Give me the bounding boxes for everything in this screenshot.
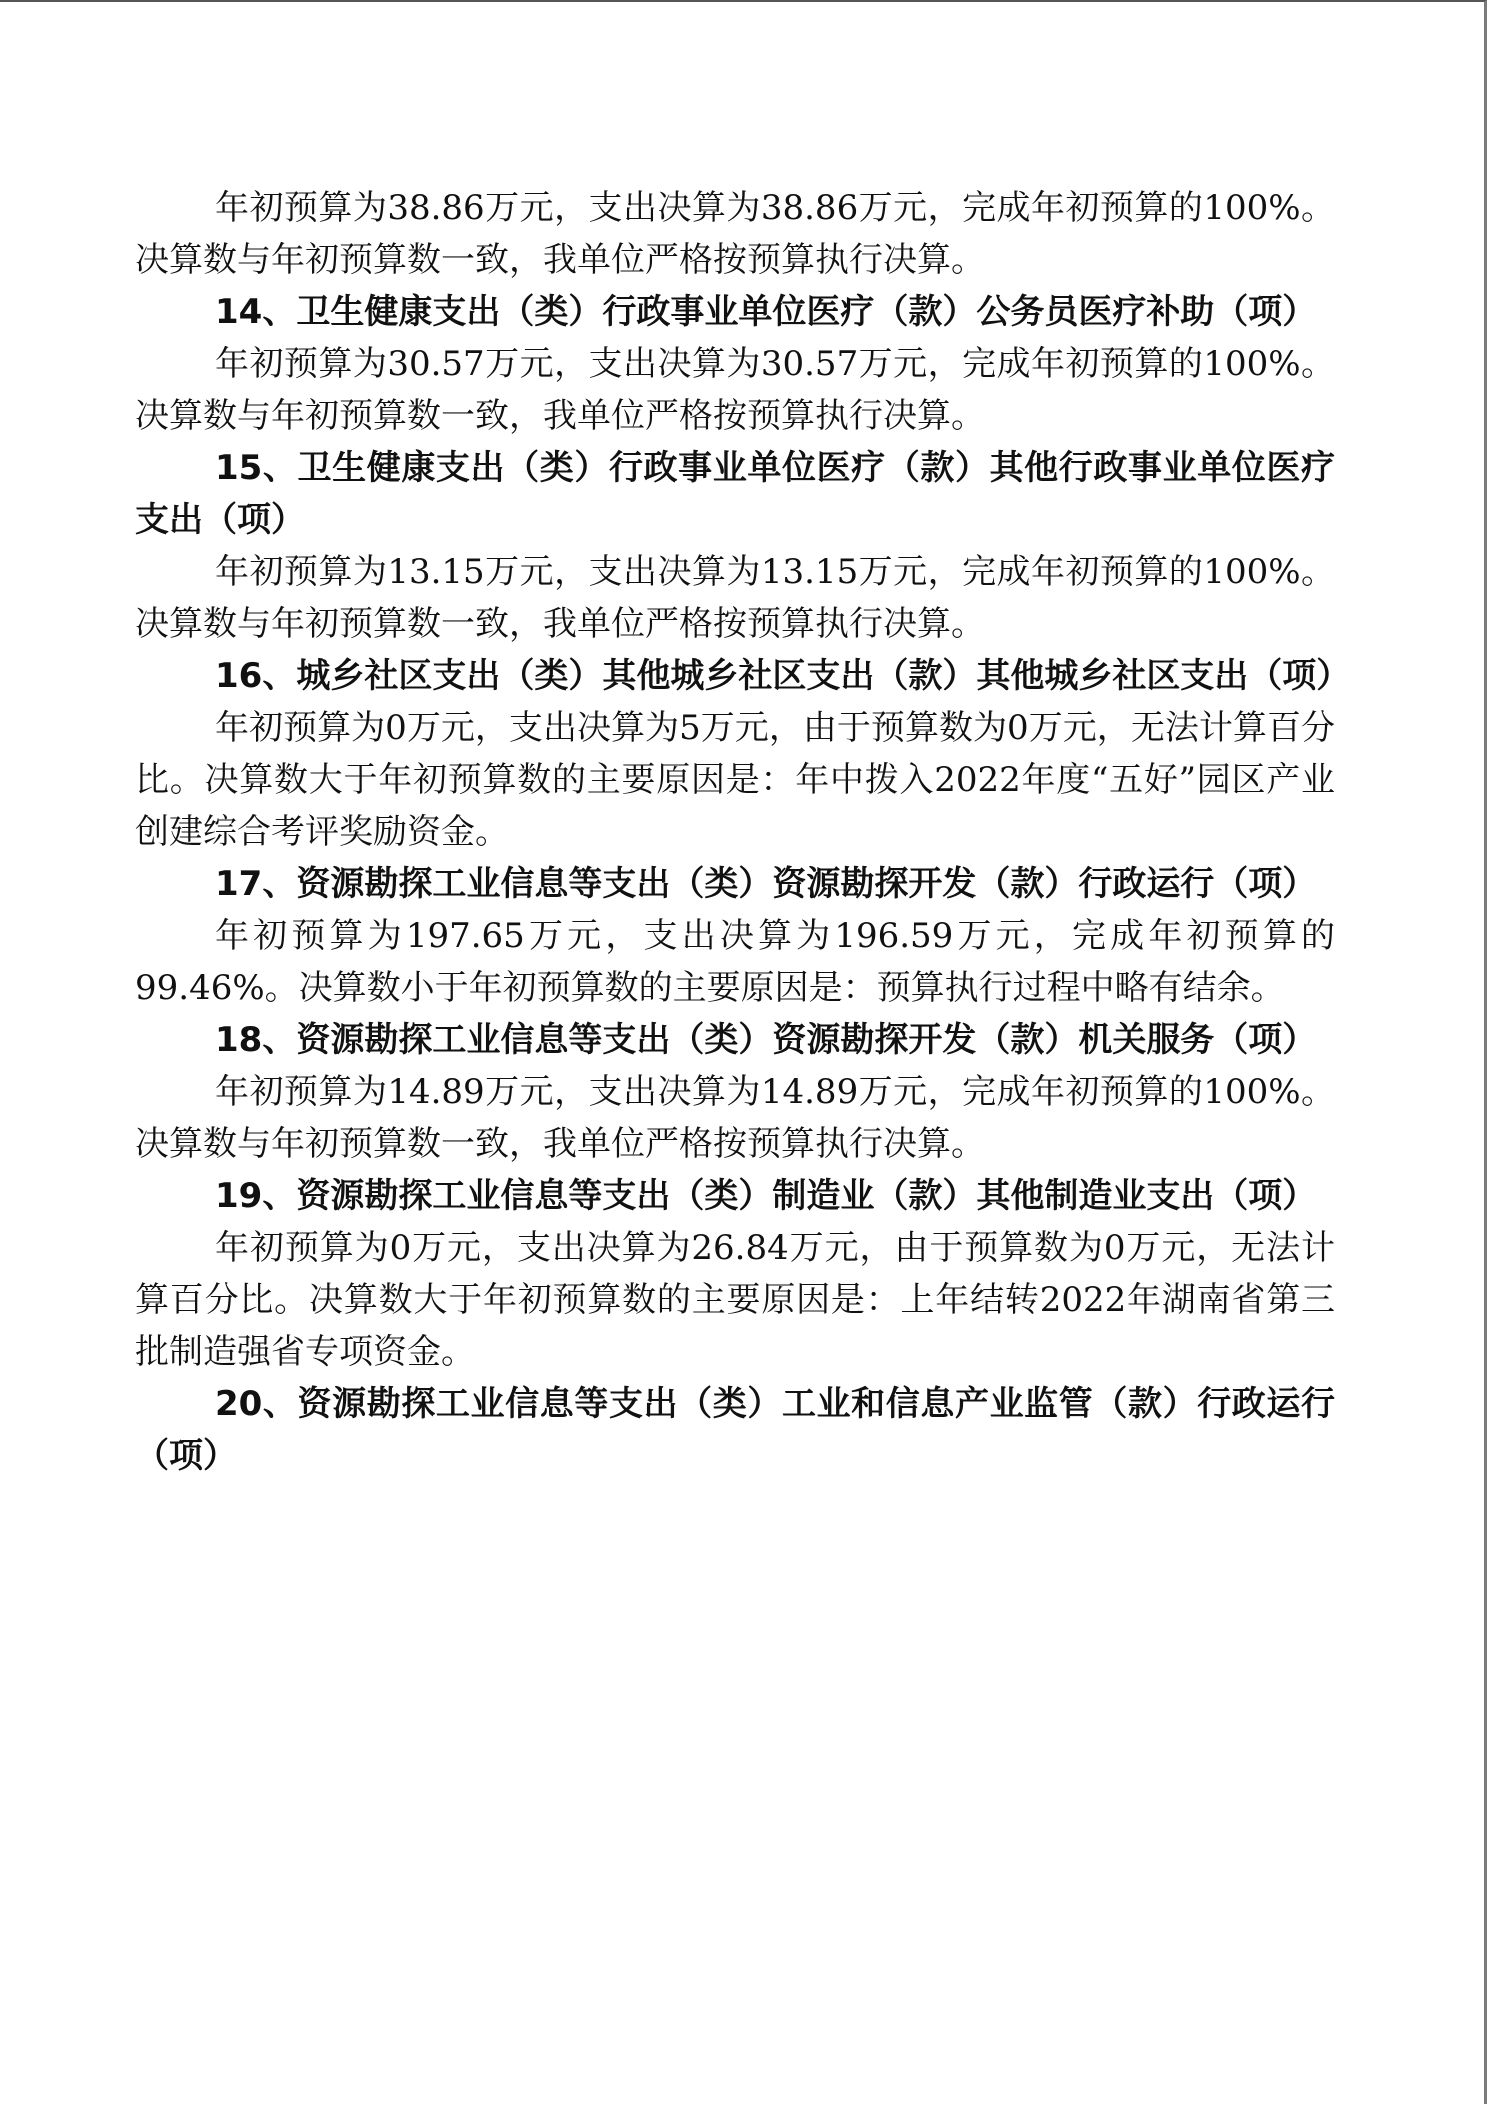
heading-item19: 19、资源勘探工业信息等支出（类）制造业（款）其他制造业支出（项） <box>135 1170 1335 1222</box>
paragraph-item16-detail: 年初预算为0万元，支出决算为5万元，由于预算数为0万元，无法计算百分比。决算数大… <box>135 702 1335 858</box>
heading-item17: 17、资源勘探工业信息等支出（类）资源勘探开发（款）行政运行（项） <box>135 858 1335 910</box>
paragraph-item18-detail: 年初预算为14.89万元，支出决算为14.89万元，完成年初预算的100%。决算… <box>135 1066 1335 1170</box>
heading-item15: 15、卫生健康支出（类）行政事业单位医疗（款）其他行政事业单位医疗支出（项） <box>135 442 1335 546</box>
heading-item20: 20、资源勘探工业信息等支出（类）工业和信息产业监管（款）行政运行（项） <box>135 1378 1335 1482</box>
paragraph-item19-detail: 年初预算为0万元，支出决算为26.84万元，由于预算数为0万元，无法计算百分比。… <box>135 1222 1335 1378</box>
paragraph-item13-detail: 年初预算为38.86万元，支出决算为38.86万元，完成年初预算的100%。决算… <box>135 182 1335 286</box>
heading-item16: 16、城乡社区支出（类）其他城乡社区支出（款）其他城乡社区支出（项） <box>135 650 1335 702</box>
paragraph-item17-detail: 年初预算为197.65万元，支出决算为196.59万元，完成年初预算的99.46… <box>135 910 1335 1014</box>
heading-item14: 14、卫生健康支出（类）行政事业单位医疗（款）公务员医疗补助（项） <box>135 286 1335 338</box>
paragraph-item14-detail: 年初预算为30.57万元，支出决算为30.57万元，完成年初预算的100%。决算… <box>135 338 1335 442</box>
paragraph-item15-detail: 年初预算为13.15万元，支出决算为13.15万元，完成年初预算的100%。决算… <box>135 546 1335 650</box>
document-body: 年初预算为38.86万元，支出决算为38.86万元，完成年初预算的100%。决算… <box>135 182 1335 1482</box>
heading-item18: 18、资源勘探工业信息等支出（类）资源勘探开发（款）机关服务（项） <box>135 1014 1335 1066</box>
document-page: 年初预算为38.86万元，支出决算为38.86万元，完成年初预算的100%。决算… <box>0 0 1487 2104</box>
